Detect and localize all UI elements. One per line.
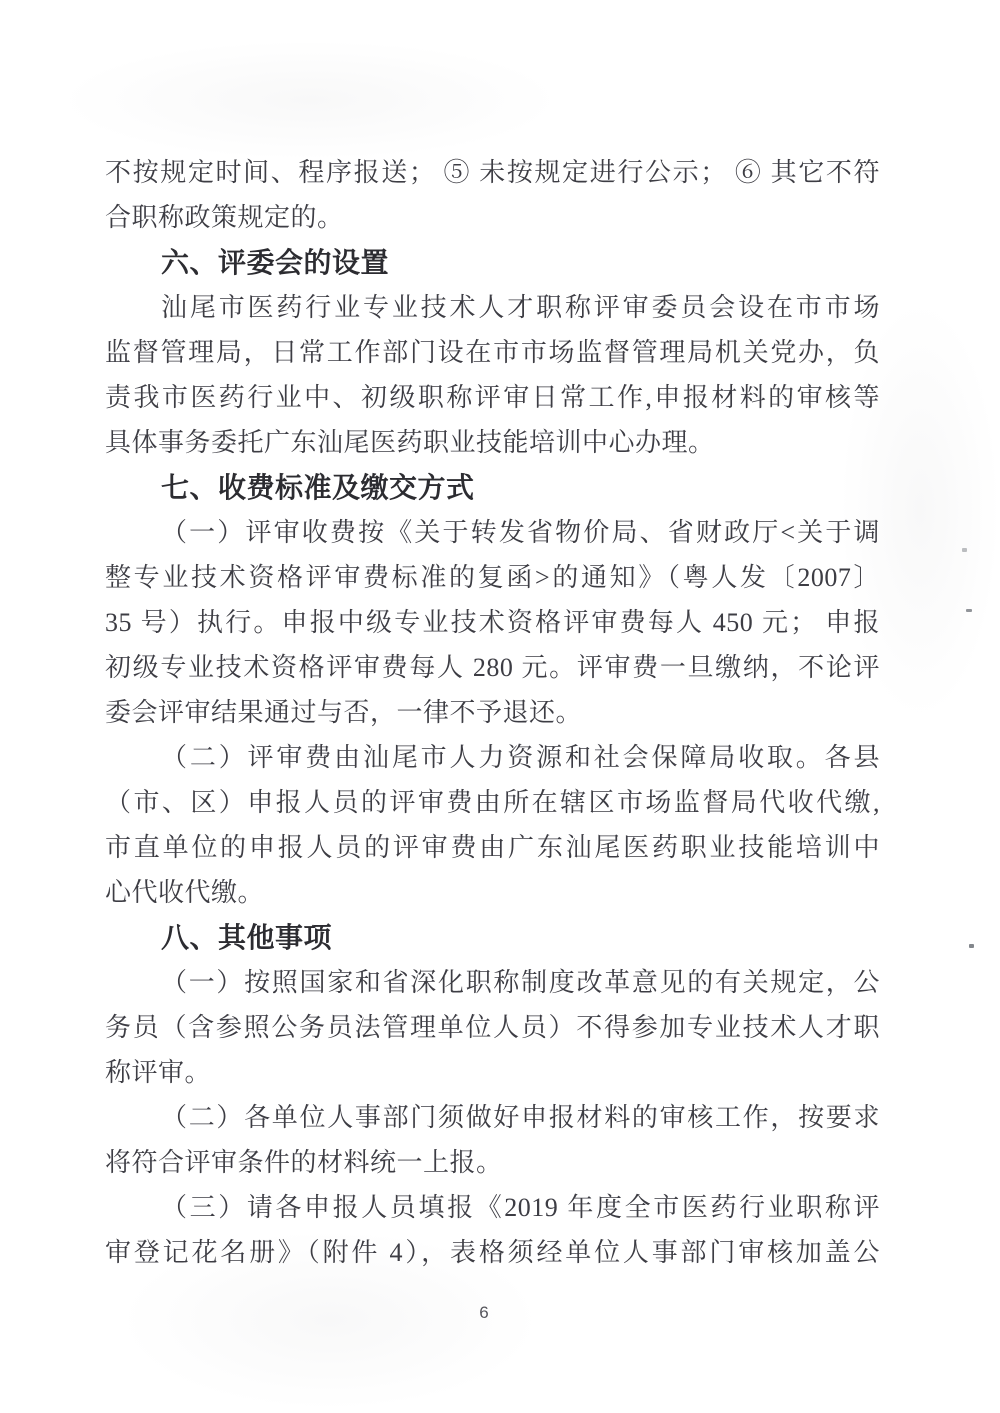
scan-speck xyxy=(966,609,972,612)
text-line: 心代收代缴。 xyxy=(105,870,880,915)
text-line: 市直单位的申报人员的评审费由广东汕尾医药职业技能培训中 xyxy=(105,825,880,870)
text-line: 初级专业技术资格评审费每人 280 元。评审费一旦缴纳，不论评 xyxy=(105,645,880,690)
scan-speck xyxy=(962,548,967,552)
scan-shading xyxy=(60,40,560,160)
text-line: 具体事务委托广东汕尾医药职业技能培训中心办理。 xyxy=(105,420,880,465)
text-line: 不按规定时间、程序报送； ⑤ 未按规定进行公示； ⑥ 其它不符 xyxy=(105,150,880,195)
text-line: （一）按照国家和省深化职称制度改革意见的有关规定，公 xyxy=(161,960,880,1005)
text-line: （二）各单位人事部门须做好申报材料的审核工作，按要求 xyxy=(161,1095,880,1140)
text-line: 称评审。 xyxy=(105,1050,880,1095)
scan-speck xyxy=(969,944,974,948)
text-line: （一）评审收费按《关于转发省物价局、省财政厅<关于调 xyxy=(161,510,880,555)
section-heading-6: 六、评委会的设置 xyxy=(161,240,880,285)
section-heading-7: 七、收费标准及缴交方式 xyxy=(161,465,880,510)
text-line: 务员（含参照公务员法管理单位人员）不得参加专业技术人才职 xyxy=(105,1005,880,1050)
text-line: 汕尾市医药行业专业技术人才职称评审委员会设在市市场 xyxy=(161,285,880,330)
text-line: （二）评审费由汕尾市人力资源和社会保障局收取。各县 xyxy=(161,735,880,780)
text-line: 将符合评审条件的材料统一上报。 xyxy=(105,1140,880,1185)
section-heading-8: 八、其他事项 xyxy=(161,915,880,960)
text-line: 责我市医药行业中、初级职称评审日常工作,申报材料的审核等 xyxy=(105,375,880,420)
text-line: 审登记花名册》（附件 4），表格须经单位人事部门审核加盖公 xyxy=(105,1230,880,1275)
text-line: 合职称政策规定的。 xyxy=(105,195,880,240)
text-line: 35 号）执行。申报中级专业技术资格评审费每人 450 元； 申报 xyxy=(105,600,880,645)
text-line: 委会评审结果通过与否，一律不予退还。 xyxy=(105,690,880,735)
scanned-document-page: 不按规定时间、程序报送； ⑤ 未按规定进行公示； ⑥ 其它不符 合职称政策规定的… xyxy=(0,0,1000,1413)
text-line: （三）请各申报人员填报《2019 年度全市医药行业职称评 xyxy=(161,1185,880,1230)
text-line: （市、区）申报人员的评审费由所在辖区市场监督局代收代缴, xyxy=(105,780,880,825)
text-line: 整专业技术资格评审费标准的复函>的通知》（粤人发〔2007〕 xyxy=(105,555,880,600)
page-number: 6 xyxy=(0,1303,968,1323)
text-line: 监督管理局，日常工作部门设在市市场监督管理局机关党办，负 xyxy=(105,330,880,375)
